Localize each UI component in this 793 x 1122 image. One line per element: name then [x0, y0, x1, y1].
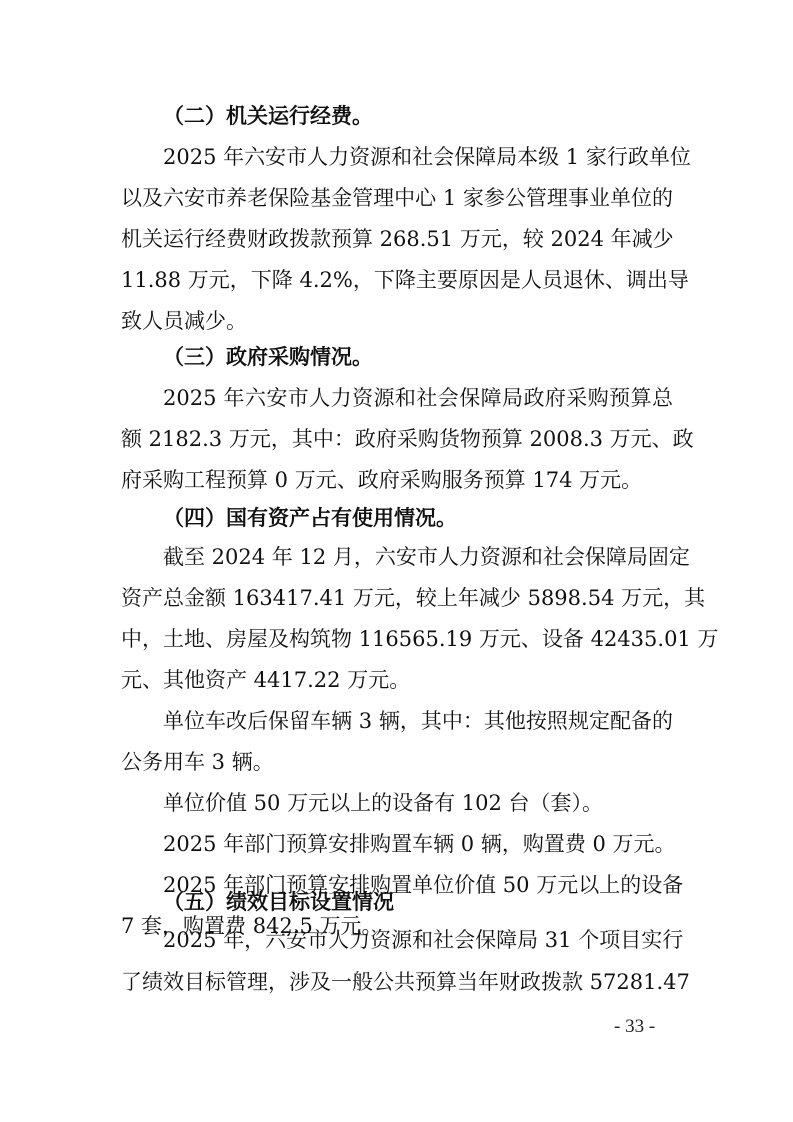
paragraph-line: 机关运行经费财政拨款预算 268.51 万元，较 2024 年减少: [121, 219, 673, 259]
paragraph-line: 致人员减少。: [121, 301, 673, 341]
section-heading-procurement: （三）政府采购情况。: [163, 337, 373, 377]
paragraph-line: 单位价值 50 万元以上的设备有 102 台（套）。: [163, 783, 673, 823]
page-number: - 33 -: [614, 1012, 655, 1042]
paragraph-line: 公务用车 3 辆。: [121, 742, 673, 782]
paragraph-line: 以及六安市养老保险基金管理中心 1 家参公管理事业单位的: [121, 178, 673, 218]
paragraph-line: 截至 2024 年 12 月，六安市人力资源和社会保障局固定: [163, 537, 673, 577]
paragraph-line: 了绩效目标管理，涉及一般公共预算当年财政拨款 57281.47: [121, 962, 673, 1002]
paragraph-line: 2025 年六安市人力资源和社会保障局本级 1 家行政单位: [163, 137, 673, 177]
paragraph-line: 单位车改后保留车辆 3 辆，其中：其他按照规定配备的: [163, 701, 673, 741]
paragraph-line: 资产总金额 163417.41 万元，较上年减少 5898.54 万元，其: [121, 578, 673, 618]
section-heading-performance-goals: （五）绩效目标设置情况: [163, 882, 394, 922]
paragraph-line: 11.88 万元，下降 4.2%，下降主要原因是人员退休、调出导: [121, 260, 673, 300]
document-page: （二）机关运行经费。 2025 年六安市人力资源和社会保障局本级 1 家行政单位…: [0, 0, 793, 1122]
paragraph-line: 元、其他资产 4417.22 万元。: [121, 660, 673, 700]
paragraph-line: 府采购工程预算 0 万元、政府采购服务预算 174 万元。: [121, 460, 673, 500]
section-heading-state-assets: （四）国有资产占有使用情况。: [163, 498, 457, 538]
paragraph-line: 额 2182.3 万元，其中：政府采购货物预算 2008.3 万元、政: [121, 419, 673, 459]
paragraph-line: 2025 年部门预算安排购置车辆 0 辆，购置费 0 万元。: [163, 824, 673, 864]
section-heading-operating-expenses: （二）机关运行经费。: [163, 96, 373, 136]
paragraph-line: 2025 年六安市人力资源和社会保障局政府采购预算总: [163, 378, 673, 418]
paragraph-line: 中，土地、房屋及构筑物 116565.19 万元、设备 42435.01 万: [121, 619, 673, 659]
paragraph-line: 2025 年，六安市人力资源和社会保障局 31 个项目实行: [163, 920, 673, 960]
